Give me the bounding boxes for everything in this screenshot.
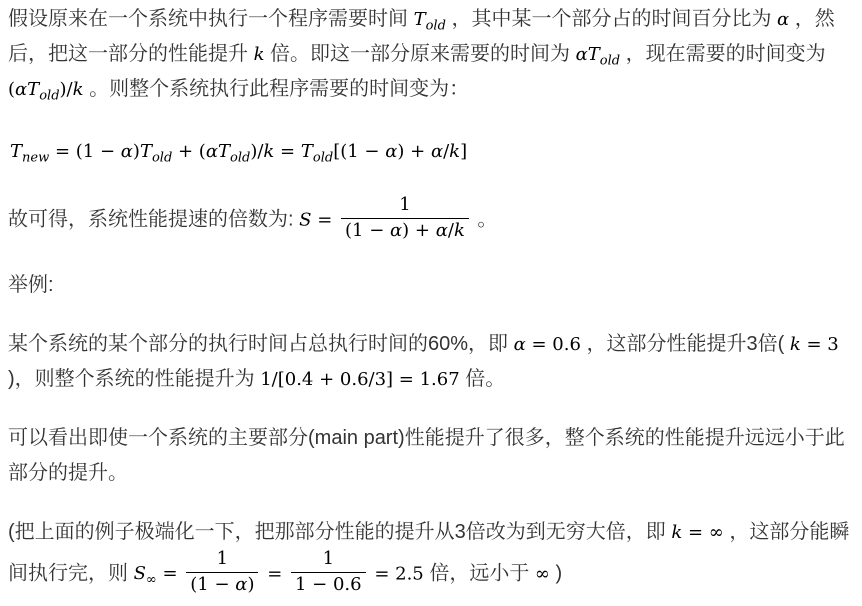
text-run: ，现在需要的时间变为	[620, 43, 826, 65]
fraction-numerator: 1	[291, 548, 366, 573]
fraction-denominator: 1 − 0.6	[291, 573, 366, 597]
text-run: 倍。	[460, 368, 506, 390]
math-run: Told	[414, 9, 446, 30]
text-run: 某个系统的某个部分的执行时间占总执行时间的60%，即	[8, 333, 514, 355]
math-run: S∞ =	[134, 563, 184, 584]
article-body: 假设原来在一个系统中执行一个程序需要时间 Told ，其中某一个部分占的时间百分…	[8, 2, 860, 598]
math-run: k = ∞	[671, 522, 723, 543]
math-run: ∞	[535, 563, 550, 584]
math-run: 1/[0.4 + 0.6/3] = 1.67	[260, 369, 459, 390]
text-run: 。	[472, 208, 498, 230]
math-run: αTold	[576, 44, 620, 65]
text-run: )	[550, 562, 562, 584]
article-page: 假设原来在一个系统中执行一个程序需要时间 Told ，其中某一个部分占的时间百分…	[0, 0, 862, 598]
paragraph-observation: 可以看出即使一个系统的主要部分(main part)性能提升了很多，整个系统的性…	[8, 421, 860, 491]
math-run: (αTold)/k	[8, 79, 84, 100]
fraction-denominator: (1 − α)	[186, 573, 258, 597]
math-fraction: 11 − 0.6	[291, 548, 366, 596]
paragraph-intro: 假设原来在一个系统中执行一个程序需要时间 Told ，其中某一个部分占的时间百分…	[8, 2, 860, 107]
paragraph-extreme-case: (把上面的例子极端化一下，把那部分性能的提升从3倍改为到无穷大倍，即 k = ∞…	[8, 515, 860, 598]
text-run: ，其中某一个部分占的时间百分比为	[446, 8, 777, 30]
math-run: α = 0.6	[514, 334, 581, 355]
paragraph-example-label: 举例:	[8, 268, 860, 303]
fraction-denominator: (1 − α) + α/k	[341, 219, 469, 243]
fraction-numerator: 1	[341, 194, 469, 219]
text-run: 故可得，系统性能提速的倍数为:	[8, 208, 299, 230]
paragraph-example: 某个系统的某个部分的执行时间占总执行时间的60%，即 α = 0.6 ，这部分性…	[8, 327, 860, 397]
math-run: =	[261, 563, 288, 584]
text-run: 倍。即这一部分原来需要的时间为	[264, 43, 575, 65]
text-run: 。则整个系统执行此程序需要的时间变为：	[84, 78, 470, 100]
text-run: 可以看出即使一个系统的主要部分(main part)性能提升了很多，整个系统的性…	[8, 427, 845, 484]
text-run: 假设原来在一个系统中执行一个程序需要时间	[8, 8, 414, 30]
paragraph-speedup-formula: 故可得，系统性能提速的倍数为: S = 1(1 − α) + α/k 。	[8, 196, 860, 244]
text-run: 倍，远小于	[424, 562, 535, 584]
math-run: k = 3	[790, 334, 839, 355]
math-fraction: 1(1 − α)	[186, 548, 258, 596]
math-run: Tnew = (1 − α)Told + (αTold)/k = Told[(1…	[10, 141, 467, 162]
math-run: S =	[299, 209, 338, 230]
fraction-numerator: 1	[186, 548, 258, 573]
math-run: α	[777, 9, 789, 30]
text-run: 举例:	[8, 274, 54, 296]
math-run: k	[254, 44, 265, 65]
formula-tnew: Tnew = (1 − α)Told + (αTold)/k = Told[(1…	[10, 137, 860, 168]
math-fraction: 1(1 − α) + α/k	[341, 194, 469, 242]
text-run: )，则整个系统的性能提升为	[8, 368, 260, 390]
text-run: ，这部分性能提升3倍(	[581, 333, 790, 355]
math-run: = 2.5	[369, 563, 424, 584]
text-run: (把上面的例子极端化一下，把那部分性能的提升从3倍改为到无穷大倍，即	[8, 521, 671, 543]
